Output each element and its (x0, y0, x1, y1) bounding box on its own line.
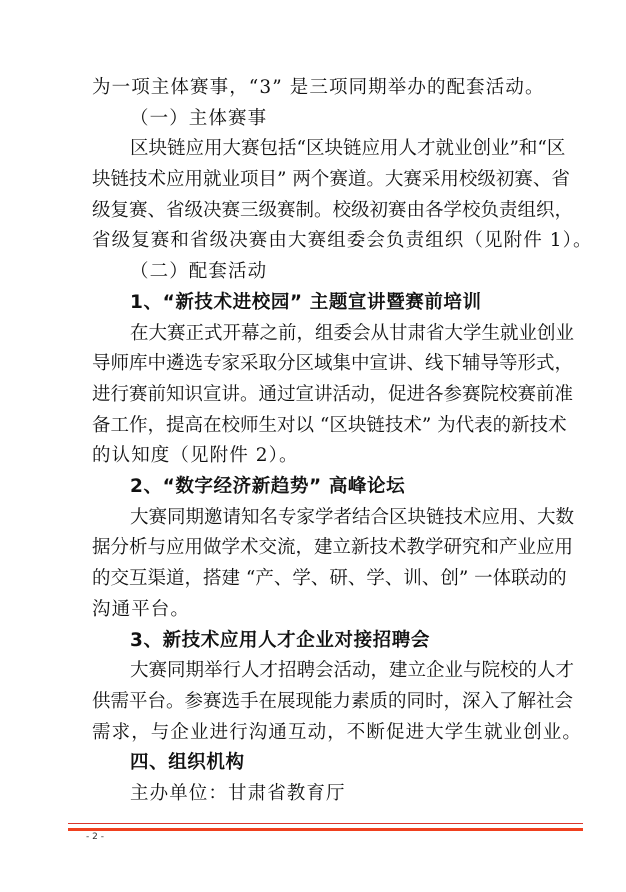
section-heading: 1、“新技术进校园” 主题宣讲暨赛前培训 (130, 291, 482, 315)
section-heading: 3、新技术应用人才企业对接招聘会 (130, 629, 430, 653)
paragraph-line: 供需平台。参赛选手在展现能力素质的同时，深入了解社会 (92, 690, 534, 714)
section-heading: 四、组织机构 (130, 751, 245, 775)
paragraph-line: 导师库中遴选专家采取分区域集中宣讲、线下辅导等形式， (92, 352, 534, 376)
paragraph-line: 在大赛正式开幕之前，组委会从甘肃省大学生就业创业 (130, 322, 534, 346)
paragraph-line: 据分析与应用做学术交流，建立新技术教学研究和产业应用 (92, 536, 534, 560)
page-number: - 2 - (86, 832, 104, 842)
paragraph-line: 大赛同期邀请知名专家学者结合区块链技术应用、大数 (130, 506, 534, 530)
paragraph-line: 为一项主体赛事，“3” 是三项同期举办的配套活动。 (92, 76, 545, 100)
paragraph-line: 沟通平台。 (92, 598, 190, 622)
paragraph-line: 需求，与企业进行沟通互动，不断促进大学生就业创业。 (92, 721, 582, 745)
paragraph-line: 的交互渠道，搭建 “产、学、研、学、训、创” 一体联动的 (92, 567, 534, 591)
subheading: （一）主体赛事 (130, 107, 267, 131)
paragraph-line: 区块链应用大赛包括“区块链应用人才就业创业”和“区 (130, 137, 534, 161)
paragraph-line: 备工作，提高在校师生对以 “区块链技术” 为代表的新技术 (92, 414, 534, 438)
rule-thick (68, 828, 583, 831)
paragraph-line: 省级复赛和省级决赛由大赛组委会负责组织（见附件 1）。 (92, 229, 593, 253)
paragraph-line: 进行赛前知识宣讲。通过宣讲活动，促进各参赛院校赛前准 (92, 383, 534, 407)
rule-thin (68, 823, 583, 824)
section-heading: 2、“数字经济新趋势” 高峰论坛 (130, 475, 405, 499)
subheading: 主办单位：甘肃省教育厅 (130, 782, 346, 806)
paragraph-line: 级复赛、省级决赛三级赛制。校级初赛由各学校负责组织， (92, 199, 534, 223)
subheading: （二）配套活动 (130, 260, 267, 284)
paragraph-line: 大赛同期举行人才招聘会活动，建立企业与院校的人才 (130, 659, 534, 683)
paragraph-line: 的认知度（见附件 2）。 (92, 444, 299, 468)
paragraph-line: 块链技术应用就业项目” 两个赛道。大赛采用校级初赛、省 (92, 168, 534, 192)
